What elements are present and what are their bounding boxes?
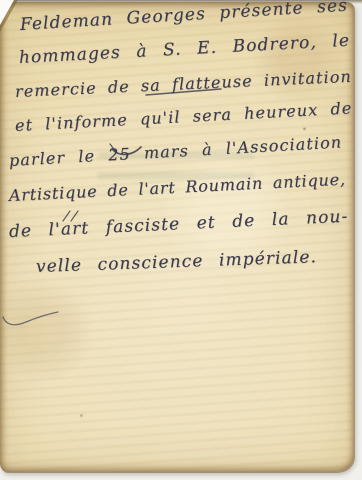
photo-of-handwritten-note: Feldeman Georges présente ses hommages à… [0, 0, 362, 480]
